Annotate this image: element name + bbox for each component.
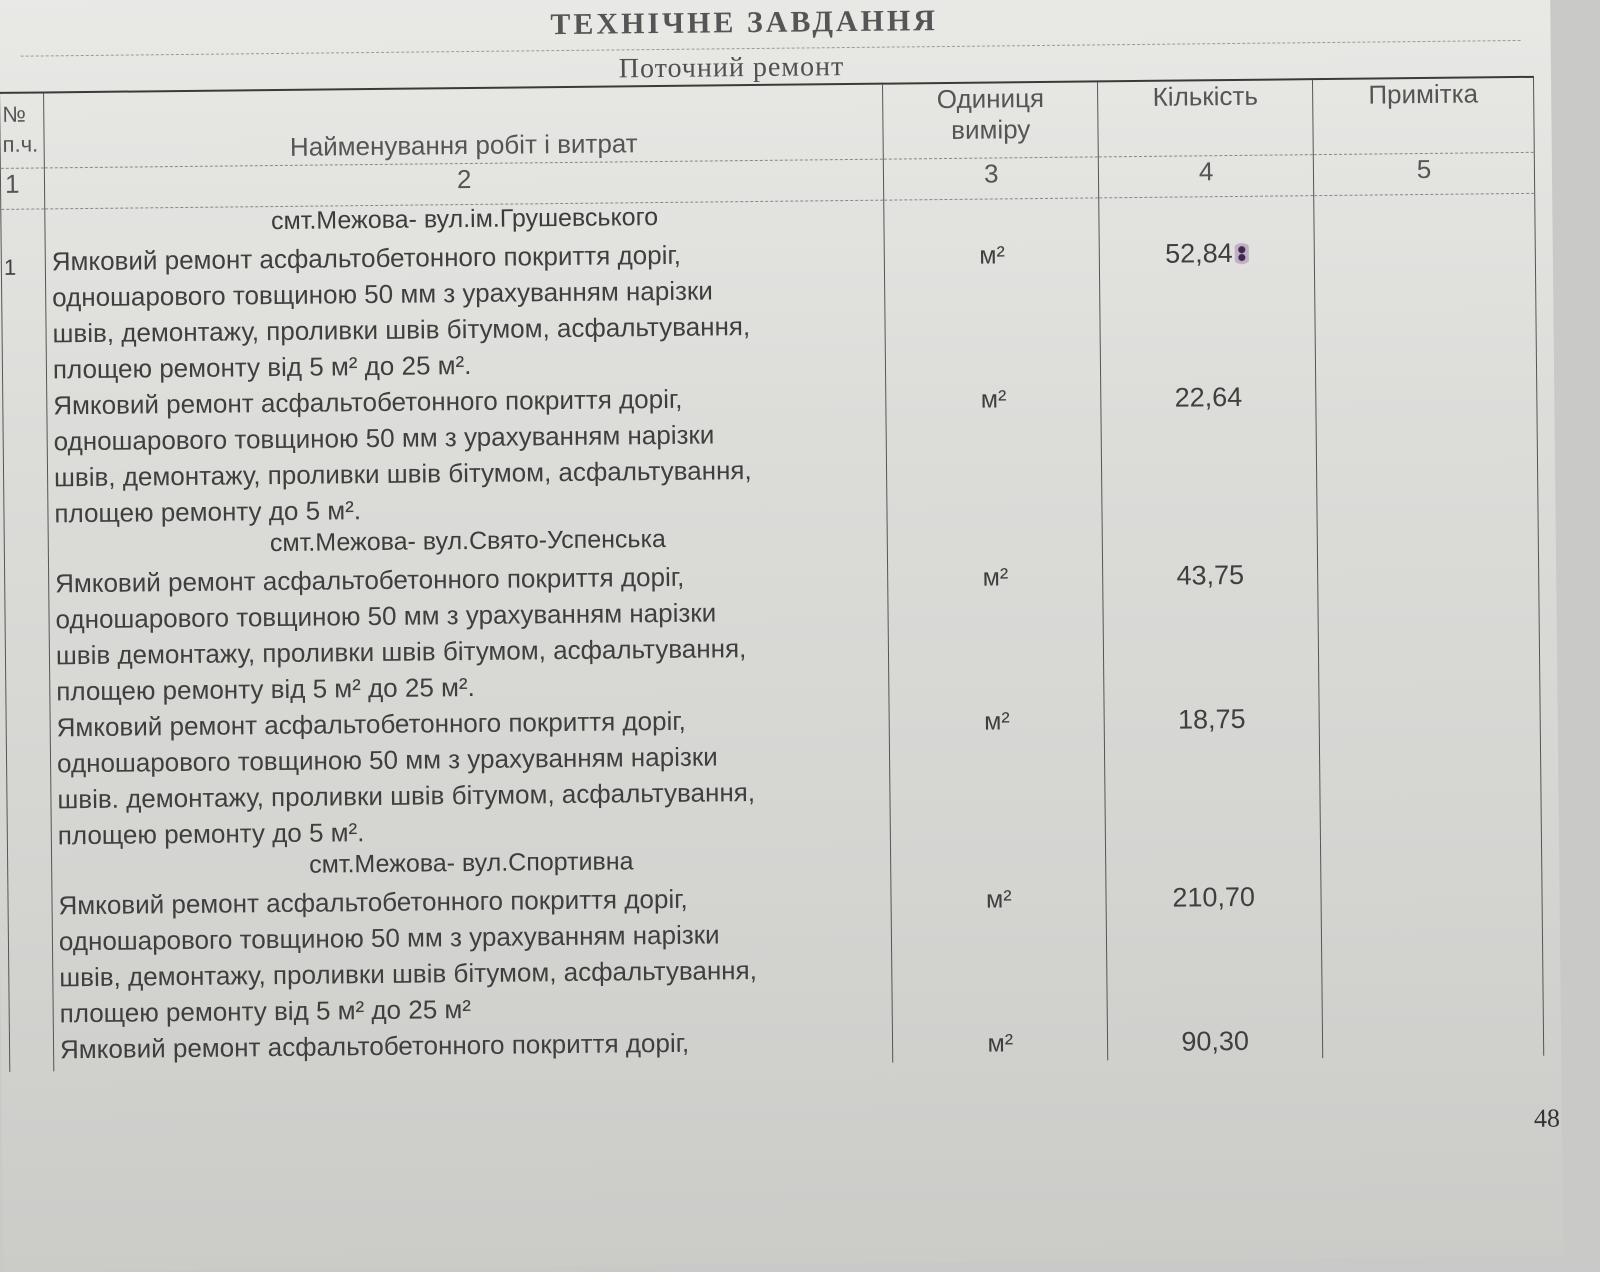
header-number: № п.ч. [0, 92, 44, 168]
table-row: Ямковий ремонт асфальтобетонного покритт… [8, 872, 1543, 1032]
unit-cell: м² [891, 876, 1107, 1022]
work-description: Ямковий ремонт асфальтобетонного покритт… [52, 879, 893, 1032]
header-work-name: Найменування робіт і витрат [44, 84, 884, 168]
empty-cell [1, 209, 45, 244]
row-number [3, 387, 48, 531]
quantity-cell: 43,75 [1103, 552, 1319, 698]
quantity-value: 210,70 [1172, 882, 1255, 913]
header-quantity: Кількість [1098, 79, 1314, 157]
ink-mark-icon [1235, 242, 1249, 268]
quantity-cell: 22,64 [1101, 374, 1317, 520]
empty-cell [1314, 193, 1535, 230]
quantity-value: 90,30 [1181, 1026, 1249, 1057]
quantity-value: 18,75 [1178, 704, 1246, 735]
table-row: Ямковий ремонт асфальтобетонного покритт… [6, 694, 1541, 854]
column-number: 4 [1098, 155, 1313, 198]
quantity-cell: 18,75 [1104, 696, 1320, 842]
header-note: Примітка [1313, 77, 1535, 155]
note-cell [1319, 694, 1541, 840]
table-body: смт.Межова- вул.ім.Грушевського1Ямковий … [1, 193, 1544, 1072]
document-page: ТЕХНІЧНЕ ЗАВДАННЯ Поточний ремонт № п.ч.… [0, 0, 1563, 1251]
empty-cell [8, 853, 52, 887]
page-number: 48 [1534, 1104, 1560, 1134]
row-number [8, 887, 53, 1031]
header-unit-line2: виміру [951, 114, 1030, 145]
empty-cell [1099, 196, 1314, 233]
quantity-cell: 52,84 [1099, 230, 1315, 376]
empty-cell [1106, 840, 1321, 876]
note-cell [1316, 372, 1538, 518]
quantity-value: 22,64 [1174, 382, 1242, 413]
empty-cell [887, 520, 1102, 556]
header-number-line2: п.ч. [2, 132, 38, 157]
note-cell [1314, 228, 1536, 374]
unit-cell: м² [888, 554, 1104, 700]
note-cell [1318, 550, 1540, 696]
row-number: 1 [1, 243, 46, 387]
quantity-value: 52,84 [1165, 238, 1233, 269]
empty-cell [1102, 518, 1317, 554]
row-number [5, 565, 50, 709]
table-row: Ямковий ремонт асфальтобетонного покритт… [3, 372, 1538, 532]
note-cell [1322, 1016, 1543, 1058]
works-table: № п.ч. Найменування робіт і витрат Одини… [0, 76, 1544, 1072]
description-line: Ямковий ремонт асфальтобетонного покритт… [60, 1023, 889, 1068]
work-description: Ямковий ремонт асфальтобетонного покритт… [45, 235, 886, 388]
column-number: 5 [1313, 152, 1534, 195]
header-unit-line1: Одиниця [937, 83, 1045, 114]
work-description: Ямковий ремонт асфальтобетонного покритт… [48, 557, 889, 710]
empty-cell [891, 842, 1106, 878]
empty-cell [4, 531, 48, 565]
empty-cell [1317, 516, 1538, 552]
column-number: 3 [884, 157, 1099, 200]
quantity-cell: 210,70 [1106, 874, 1322, 1020]
work-description: Ямковий ремонт асфальтобетонного покритт… [50, 701, 891, 854]
row-number [9, 1031, 53, 1071]
quantity-value: 43,75 [1176, 560, 1244, 591]
note-cell [1321, 872, 1543, 1018]
unit-cell: м² [893, 1020, 1108, 1062]
table-row: Ямковий ремонт асфальтобетонного покритт… [5, 550, 1540, 710]
column-number: 1 [0, 168, 44, 209]
quantity-cell: 90,30 [1108, 1018, 1323, 1060]
document-title: ТЕХНІЧНЕ ЗАВДАННЯ [550, 4, 938, 42]
work-description: Ямковий ремонт асфальтобетонного покритт… [53, 1023, 893, 1072]
row-number [6, 709, 51, 853]
unit-cell: м² [884, 232, 1100, 378]
table-row: 1Ямковий ремонт асфальтобетонного покрит… [1, 228, 1536, 388]
unit-cell: м² [889, 698, 1105, 844]
empty-cell [1321, 838, 1542, 874]
header-unit: Одиниця виміру [883, 81, 1099, 159]
header-number-line1: № [2, 102, 26, 127]
empty-cell [884, 198, 1099, 235]
document-subtitle: Поточний ремонт [619, 51, 845, 85]
unit-cell: м² [886, 376, 1102, 522]
work-description: Ямковий ремонт асфальтобетонного покритт… [47, 379, 888, 532]
